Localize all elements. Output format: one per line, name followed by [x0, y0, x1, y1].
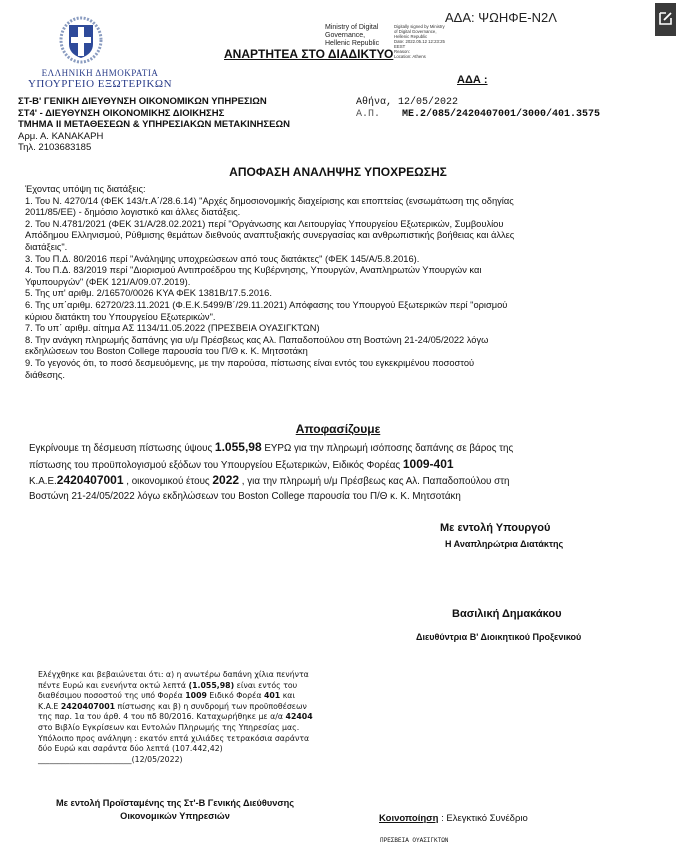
- contact-phone: Τηλ. 2103683185: [18, 142, 290, 154]
- protocol-number: Α.Π.ΜΕ.2/085/2420407001/3000/401.3575: [356, 109, 600, 120]
- provision-line: 3. Του Π.Δ. 80/2016 περί "Ανάληψης υποχρ…: [25, 254, 675, 266]
- provision-line: 1. Του Ν. 4270/14 (ΦΕΚ 143/τ.Α΄/28.6.14)…: [25, 196, 675, 208]
- general-directorate-order: Με εντολή Προϊσταμένης της Στ'-Β Γενικής…: [0, 797, 350, 823]
- notification: Κοινοποίηση : Ελεγκτικό Συνέδριο: [379, 813, 528, 824]
- provision-line: 2. Του Ν.4781/2021 (ΦΕΚ 31/Α/28.02.2021)…: [25, 219, 675, 231]
- provision-line: εκδηλώσεων του Boston College παρουσία τ…: [25, 346, 675, 358]
- by-order-label: Με εντολή Υπουργού: [440, 522, 550, 534]
- signer-name: Βασιλική Δημακάκου: [452, 608, 562, 620]
- provision-line: 9. Το γεγονός ότι, το ποσό δεσμευόμενης,…: [25, 358, 675, 370]
- issuing-department: ΣΤ-Β' ΓΕΝΙΚΗ ΔΙΕΥΘΥΝΣΗ ΟΙΚΟΝΟΜΙΚΩΝ ΥΠΗΡΕ…: [18, 96, 290, 154]
- edit-icon: [658, 11, 673, 26]
- document-title: ΑΠΟΦΑΣΗ ΑΝΑΛΗΨΗΣ ΥΠΟΧΡΕΩΣΗΣ: [0, 165, 676, 179]
- contact-name: Αρμ. Α. ΚΑΝΑΚΑΡΗ: [18, 131, 290, 143]
- provision-line: διατάξεις".: [25, 242, 675, 254]
- provision-line: 6. Της υπ΄αριθμ. 62720/23.11.2021 (Φ.Ε.Κ…: [25, 300, 675, 312]
- signer-role: Η Αναπληρώτρια Διατάκτης: [445, 539, 563, 549]
- digital-signature-org: Ministry of Digital Governance, Hellenic…: [325, 24, 379, 48]
- verification-block: Ελέγχθηκε και βεβαιώνεται ότι: α) η ανωτ…: [38, 670, 313, 765]
- republic-label: ΕΛΛΗΝΙΚΗ ΔΗΜΟΚΡΑΤΙΑ: [0, 68, 200, 78]
- ada-code: ΑΔΑ: ΨΩΗΦΕ-Ν2Λ: [445, 10, 557, 25]
- digital-signature-details: Digitally signed by Ministry of Digital …: [394, 24, 464, 59]
- publish-online-heading: ΑΝΑΡΤΗΤΕΑ ΣΤΟ ΔΙΑΔΙΚΤΥΟ: [224, 47, 393, 61]
- kae-code: 2420407001: [57, 473, 124, 487]
- place-date: Αθήνα, 12/05/2022: [356, 97, 458, 108]
- provision-line: κύριου διατάκτη του Υπουργείου Εξωτερικώ…: [25, 312, 675, 324]
- provision-line: Απόδημου Ελληνισμού, Ρύθμισης θεμάτων δι…: [25, 230, 675, 242]
- provision-line: 8. Την ανάγκη πληρωμής δαπάνης για υ/μ Π…: [25, 335, 675, 347]
- greek-coat-of-arms-icon: [58, 16, 104, 66]
- provision-line: Έχοντας υπόψη τις διατάξεις:: [25, 184, 675, 196]
- provision-line: 5. Της υπ' αριθμ. 2/16570/0026 ΚΥΑ ΦΕΚ 1…: [25, 288, 675, 300]
- recipient: ΠΡΕΣΒΕΙΑ ΟΥΑΣΙΓΚΤΩΝ: [380, 837, 448, 844]
- provision-line: Υφυπουργών" (ΦΕΚ 121/Α/09.07.2019).: [25, 277, 675, 289]
- edit-button[interactable]: [655, 3, 676, 36]
- provision-line: 2011/85/ΕΕ) - δημόσιο λογιστικό και άλλε…: [25, 207, 675, 219]
- ministry-label: ΥΠΟΥΡΓΕΙΟ ΕΞΩΤΕΡΙΚΩΝ: [0, 78, 200, 90]
- decision-heading: Αποφασίζουμε: [0, 422, 676, 436]
- signer-position: Διευθύντρια Β' Διοικητικού Προξενικού: [416, 632, 581, 642]
- amount: 1.055,98: [215, 440, 262, 454]
- decision-text: Εγκρίνουμε τη δέσμευση πίστωσης ύψους 1.…: [29, 440, 513, 504]
- ada-label: ΑΔΑ :: [457, 74, 488, 86]
- provision-line: διάθεσης.: [25, 370, 675, 382]
- provisions-list: Έχοντας υπόψη τις διατάξεις: 1. Του Ν. 4…: [25, 184, 675, 381]
- special-body-code: 1009-401: [403, 457, 454, 471]
- provision-line: 4. Του Π.Δ. 83/2019 περί "Διορισμού Αντι…: [25, 265, 675, 277]
- provision-line: 7. Το υπ΄ αριθμ. αίτημα ΑΣ 1134/11.05.20…: [25, 323, 675, 335]
- fiscal-year: 2022: [212, 473, 239, 487]
